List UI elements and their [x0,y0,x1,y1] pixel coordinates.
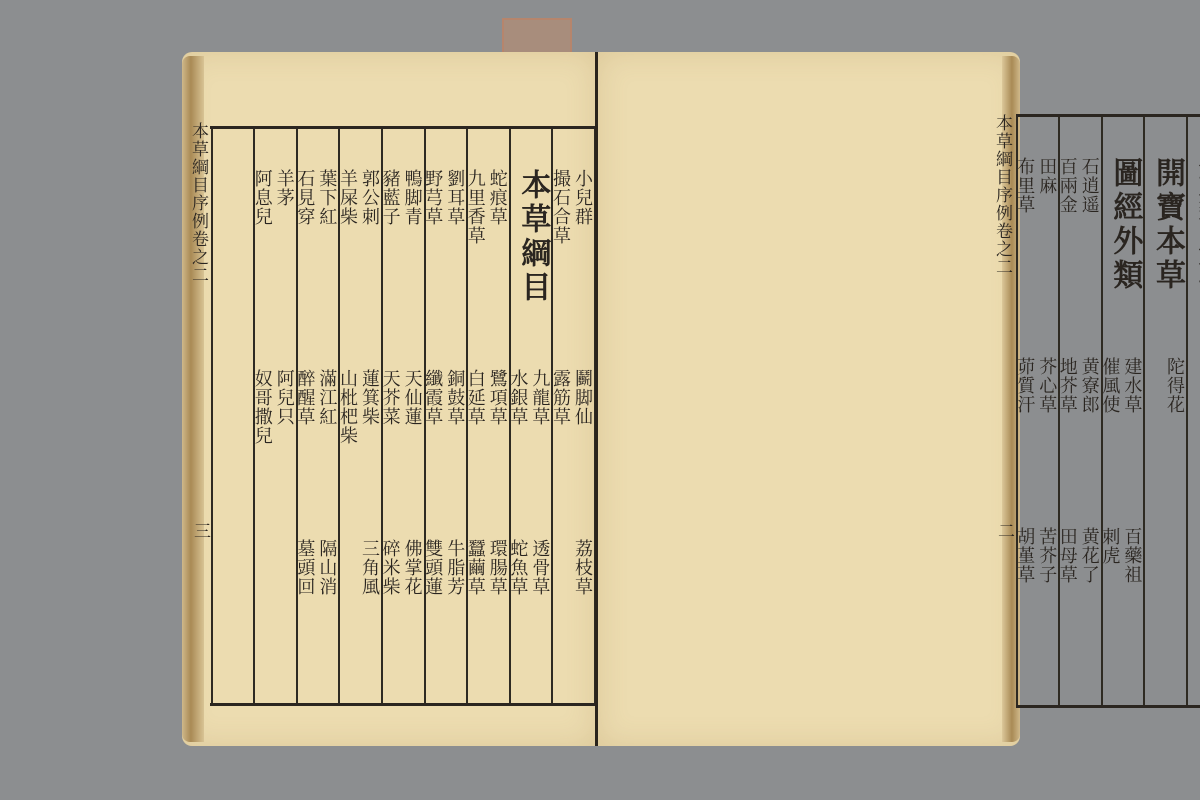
text-column: 海藥本草宜南草 [1188,117,1200,705]
section-heading: 本草綱目 [515,169,549,305]
herb-name: 鷺項草 [487,369,507,426]
text-column: 羊茅阿息兒阿兒只奴哥撒兒 [255,129,298,703]
herb-entry-group: 田麻布里草 [954,157,1056,214]
text-column: 葉下紅石見穿滿江紅醉醒草隔山消墓頭回 [298,129,341,703]
herb-name: 銅鼓草 [444,369,464,426]
text-column: 本草綱目九龍草水銀草透骨草蛇魚草 [511,129,554,703]
herb-name: 九龍草 [529,369,549,426]
herb-name: 鬬脚仙 [572,369,592,426]
text-column: 田麻布里草芥心草茆質汗苦芥子胡堇草 [1018,117,1061,705]
herb-name: 隔山消 [316,539,336,596]
herb-name: 郭公刺 [359,169,379,226]
herb-name: 阿兒只 [274,369,294,445]
herb-name: 茆質汗 [1014,357,1034,414]
left-page: 本草綱目序例卷之二 三 小兒群撮石合草鬬脚仙露筋草荔枝草本草綱目九龍草水銀草透骨… [182,52,596,746]
herb-name: 苦芥子 [1036,527,1056,584]
text-column: 鴨脚青豬藍子天仙蓮天芥菜佛掌花碎米柴 [383,129,426,703]
text-column: 石逍遥百兩金黄寮郎地芥草黄花了田母草 [1060,117,1103,705]
herb-name: 天仙蓮 [402,369,422,426]
herb-entry-group: 苦芥子胡堇草 [934,527,1056,584]
herb-name: 佛掌花 [402,539,422,596]
herb-name: 蛇痕草 [487,169,507,245]
section-heading: 開寶本草 [1150,157,1184,293]
herb-name: 布里草 [1014,157,1034,214]
text-column: 劉耳草野芎草銅鼓草纖霞草牛脂芳雙頭蓮 [426,129,469,703]
text-column: 小兒群撮石合草鬬脚仙露筋草荔枝草 [553,129,596,703]
text-column: 郭公刺羊屎柴蓮箕柴山枇杷柴三角風 [340,129,383,703]
text-column: 圖經外類建水草催風使百藥祖刺虎 [1103,117,1146,705]
herb-name: 環腸草 [487,539,507,596]
section-heading: 海藥本草 [1193,157,1200,293]
right-text-frame: 不腸本草拾遺鴉鳥粟吉祥草七仙草雞脚草兎肝草土落草鰤鱗草倚待草千金藤藥王草筋子根無… [1016,114,1200,708]
herb-name: 田麻 [1036,157,1056,214]
herb-name: 鴨脚青 [402,169,422,226]
herb-name: 三角風 [359,539,379,596]
herb-name: 羊茅 [274,169,294,226]
herb-name: 百藥祖 [1121,527,1141,584]
section-heading: 圖經外類 [1107,157,1141,293]
herb-name: 劉耳草 [444,169,464,226]
herb-entry-group: 芥心草茆質汗 [934,357,1056,414]
text-column [213,129,256,703]
herb-name: 牛脂芳 [444,539,464,596]
herb-name: 黄寮郎 [1079,357,1099,414]
text-column: 開寶本草陀得花 [1145,117,1188,705]
right-page: 本草綱目序例卷之二 二 不腸本草拾遺鴉鳥粟吉祥草七仙草雞脚草兎肝草土落草鰤鱗草倚… [598,52,1020,746]
left-text-frame: 小兒群撮石合草鬬脚仙露筋草荔枝草本草綱目九龍草水銀草透骨草蛇魚草蛇痕草九里香草鷺… [210,126,596,706]
herb-name: 陀得花 [1164,357,1184,414]
herb-name: 荔枝草 [572,539,592,596]
open-book: 本草綱目序例卷之二 三 小兒群撮石合草鬬脚仙露筋草荔枝草本草綱目九龍草水銀草透骨… [182,52,1020,752]
herb-name: 葉下紅 [316,169,336,226]
herb-name: 透骨草 [529,539,549,596]
text-column: 蛇痕草九里香草鷺項草白延草環腸草蠶繭草 [468,129,511,703]
herb-name: 胡堇草 [1014,527,1034,584]
herb-name: 小兒群 [572,169,592,245]
herb-name: 蓮箕柴 [359,369,379,445]
herb-name: 建水草 [1121,357,1141,414]
herb-name: 芥心草 [1036,357,1056,414]
herb-name: 黄花了 [1079,527,1099,584]
herb-name: 石逍遥 [1079,157,1099,214]
herb-name: 滿江紅 [316,369,336,426]
